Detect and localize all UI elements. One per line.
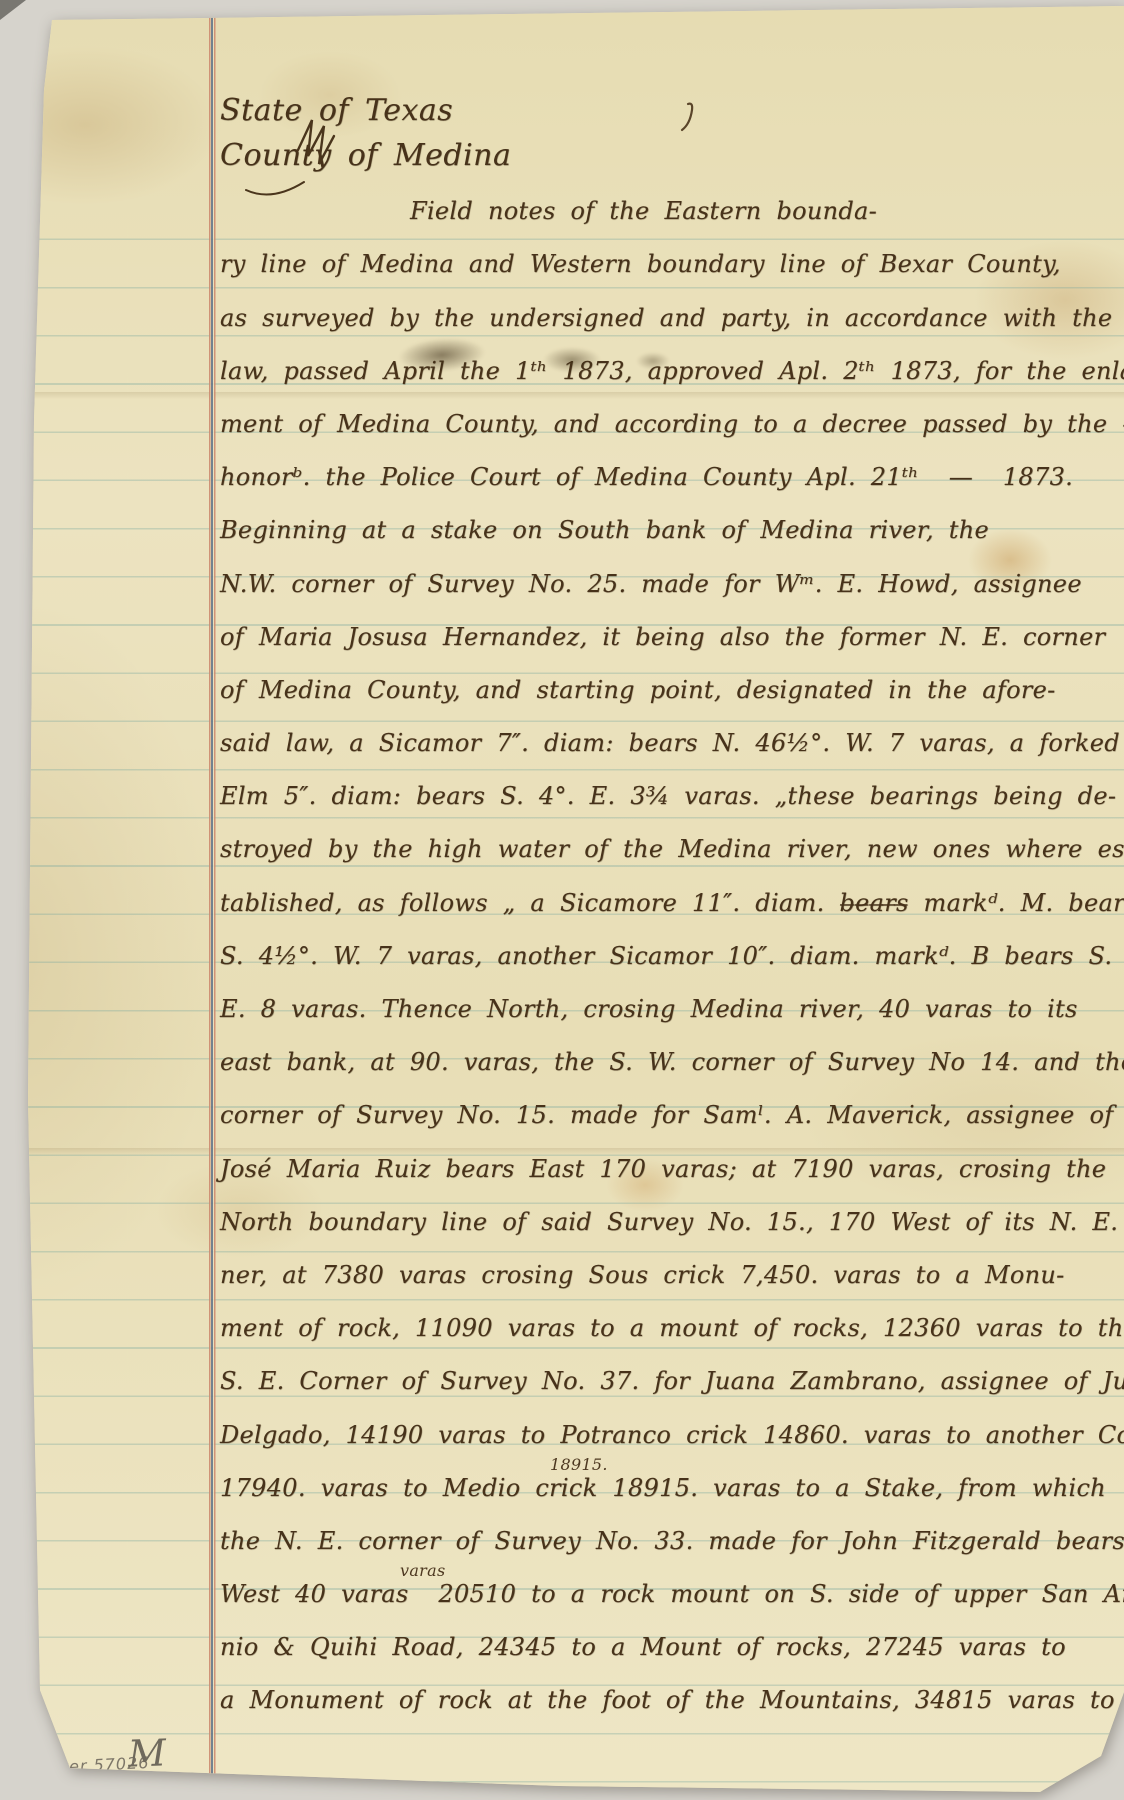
manuscript-line-text: 17940. varas to Medio crick 18915. varas… — [220, 1474, 1106, 1510]
margin-rule-line — [208, 0, 216, 1800]
manuscript-line: ment of Medina County, and according to … — [220, 393, 1020, 446]
paper-sheet: State of Texas County of Medina Field no… — [0, 0, 1124, 1800]
pencil-dash-mark: . — [186, 1760, 192, 1781]
manuscript-line-text: Delgado, 14190 varas to Potranco crick 1… — [220, 1421, 1124, 1457]
manuscript-line-text: N.W. corner of Survey No. 25. made for W… — [220, 570, 1082, 606]
manuscript-text-block: State of Texas County of Medina Field no… — [220, 88, 1020, 1722]
manuscript-line: said law, a Sicamor 7″. diam: bears N. 4… — [220, 712, 1020, 765]
manuscript-line-text: Field notes of the Eastern bounda- — [410, 197, 877, 233]
manuscript-line: ry line of Medina and Western boundary l… — [220, 233, 1020, 286]
ink-smudge — [543, 347, 601, 373]
manuscript-line: varasWest 40 varas 20510 to a rock mount… — [220, 1563, 1020, 1616]
manuscript-line-text: S. 4½°. W. 7 varas, another Sicamor 10″.… — [220, 942, 1124, 978]
manuscript-line: E. 8 varas. Thence North, crosing Medina… — [220, 978, 1020, 1031]
manuscript-line-text: West 40 varas 20510 to a rock mount on S… — [220, 1580, 1124, 1616]
manuscript-line: the N. E. corner of Survey No. 33. made … — [220, 1510, 1020, 1563]
manuscript-line-text: as surveyed by the undersigned and party… — [220, 304, 1112, 340]
manuscript-line: ment of rock, 11090 varas to a mount of … — [220, 1297, 1020, 1350]
manuscript-line-text: of Maria Josusa Hernandez, it being also… — [220, 623, 1105, 659]
paper-sheet-wrap: State of Texas County of Medina Field no… — [0, 0, 1124, 1800]
manuscript-line-text: ry line of Medina and Western boundary l… — [220, 250, 1061, 286]
manuscript-line-text: of Medina County, and starting point, de… — [220, 676, 1056, 712]
interline-correction-note: 18915. — [550, 1455, 608, 1474]
manuscript-line: tablished, as follows „ a Sicamore 11″. … — [220, 871, 1020, 924]
manuscript-line-text: law, passed April the 1ᵗʰ 1873, approved… — [220, 357, 1124, 393]
manuscript-line-text: stroyed by the high water of the Medina … — [220, 835, 1124, 871]
manuscript-line-text: honorᵇ. the Police Court of Medina Count… — [220, 463, 1073, 499]
manuscript-line-text: Beginning at a stake on South bank of Me… — [220, 516, 989, 552]
manuscript-line-text: ment of Medina County, and according to … — [220, 410, 1124, 446]
manuscript-line-text: ner, at 7380 varas crosing Sous crick 7,… — [220, 1261, 1065, 1297]
manuscript-line-text: E. 8 varas. Thence North, crosing Medina… — [220, 995, 1078, 1031]
manuscript-lines: Field notes of the Eastern bounda-ry lin… — [220, 180, 1020, 1722]
manuscript-line: honorᵇ. the Police Court of Medina Count… — [220, 446, 1020, 499]
flourish-mark — [228, 112, 358, 206]
manuscript-line: corner of Survey No. 15. made for Samˡ. … — [220, 1084, 1020, 1137]
manuscript-line-text: tablished, as follows „ a Sicamore 11″. … — [220, 889, 1124, 925]
manuscript-line: of Maria Josusa Hernandez, it being also… — [220, 606, 1020, 659]
manuscript-line: Beginning at a stake on South bank of Me… — [220, 499, 1020, 552]
manuscript-line: law, passed April the 1ᵗʰ 1873, approved… — [220, 340, 1020, 393]
manuscript-line-text: José Maria Ruiz bears East 170 varas; at… — [220, 1155, 1106, 1191]
manuscript-line: nio & Quihi Road, 24345 to a Mount of ro… — [220, 1616, 1020, 1669]
manuscript-line-text: Elm 5″. diam: bears S. 4°. E. 3¾ varas. … — [220, 782, 1116, 818]
manuscript-line-text: corner of Survey No. 15. made for Samˡ. … — [220, 1101, 1113, 1137]
manuscript-line-text: S. E. Corner of Survey No. 37. for Juana… — [220, 1367, 1124, 1403]
manuscript-line: Delgado, 14190 varas to Potranco crick 1… — [220, 1403, 1020, 1456]
manuscript-line: a Monument of rock at the foot of the Mo… — [220, 1669, 1020, 1722]
manuscript-line: José Maria Ruiz bears East 170 varas; at… — [220, 1137, 1020, 1190]
manuscript-line-text: nio & Quihi Road, 24345 to a Mount of ro… — [220, 1633, 1066, 1669]
manuscript-line-text: North boundary line of said Survey No. 1… — [220, 1208, 1124, 1244]
manuscript-line-text: the N. E. corner of Survey No. 33. made … — [220, 1527, 1124, 1563]
manuscript-line: North boundary line of said Survey No. 1… — [220, 1191, 1020, 1244]
manuscript-line: N.W. corner of Survey No. 25. made for W… — [220, 552, 1020, 605]
pencil-letter-m: M — [127, 1731, 166, 1775]
manuscript-line: S. 4½°. W. 7 varas, another Sicamor 10″.… — [220, 925, 1020, 978]
manuscript-line: ner, at 7380 varas crosing Sous crick 7,… — [220, 1244, 1020, 1297]
manuscript-line: as surveyed by the undersigned and party… — [220, 286, 1020, 339]
scanned-document-page: { "document": { "kind": "handwritten sur… — [0, 0, 1124, 1800]
manuscript-line: stroyed by the high water of the Medina … — [220, 818, 1020, 871]
manuscript-line-text: said law, a Sicamor 7″. diam: bears N. 4… — [220, 729, 1120, 765]
ink-smudge — [636, 352, 670, 370]
manuscript-line-text: ment of rock, 11090 varas to a mount of … — [220, 1314, 1124, 1350]
manuscript-line: S. E. Corner of Survey No. 37. for Juana… — [220, 1350, 1020, 1403]
interline-correction-note: varas — [400, 1561, 445, 1580]
manuscript-line-text: east bank, at 90. varas, the S. W. corne… — [220, 1048, 1124, 1084]
manuscript-line: Elm 5″. diam: bears S. 4°. E. 3¾ varas. … — [220, 765, 1020, 818]
manuscript-line: of Medina County, and starting point, de… — [220, 659, 1020, 712]
manuscript-line: 18915.17940. varas to Medio crick 18915.… — [220, 1457, 1020, 1510]
manuscript-line: east bank, at 90. varas, the S. W. corne… — [220, 1031, 1020, 1084]
manuscript-line-text: a Monument of rock at the foot of the Mo… — [220, 1686, 1124, 1722]
